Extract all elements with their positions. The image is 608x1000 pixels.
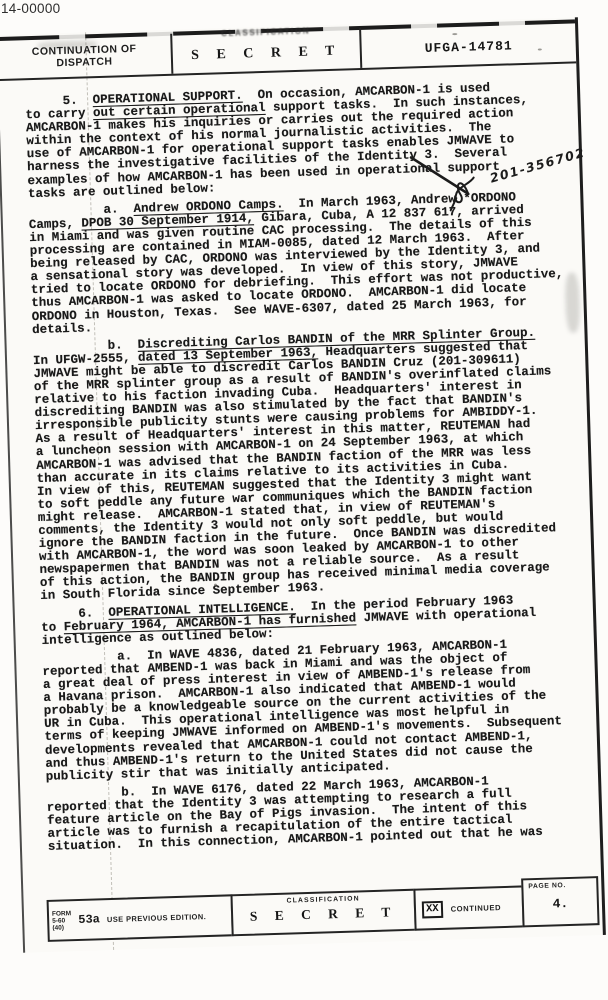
pen-scribble-icon (409, 153, 497, 216)
paragraph: b. Discrediting Carlos BANDIN of the MRR… (33, 325, 590, 604)
page-number: 4. (524, 895, 597, 912)
classification-label: CLASSIFICATION (172, 25, 359, 40)
form-code: FORM 5-60 (40) (52, 910, 72, 932)
continued-label: CONTINUED (450, 903, 501, 914)
footer-form-cell: FORM 5-60 (40) 53a USE PREVIOUS EDITION. (47, 894, 234, 942)
classification-stamp: S E C R E T (191, 44, 342, 65)
form-number: 53a (78, 912, 100, 927)
header-cell-classification: CLASSIFICATION S E C R E T (172, 28, 362, 74)
paragraph: b. In WAVE 6176, dated 22 March 1963, AM… (46, 772, 597, 854)
document-id: 14-00000 (1, 1, 60, 16)
continuation-line2: DISPATCH (56, 56, 112, 70)
header-cell-dispatch-number: UFGA-14781 (361, 21, 576, 68)
scan-speck (299, 90, 302, 93)
footer-page-cell: PAGE NO. 4. (521, 876, 599, 927)
paragraph: a. In WAVE 4836, dated 21 February 1963,… (42, 636, 595, 784)
footer-continued-cell: XX CONTINUED (413, 885, 524, 930)
continued-checkbox: XX (422, 900, 443, 918)
page-no-label: PAGE NO. (528, 882, 566, 890)
body-text: 5. OPERATIONAL SUPPORT. On occasion, AMC… (0, 61, 600, 860)
footer-classification-cell: CLASSIFICATION S E C R E T (230, 889, 416, 937)
dispatch-number: UFGA-14781 (424, 38, 512, 56)
dispatch-footer: FORM 5-60 (40) 53a USE PREVIOUS EDITION.… (47, 883, 600, 942)
footer-classification-stamp: S E C R E T (233, 904, 414, 926)
scanned-page: CONTINUATION OFDISPATCH CLASSIFICATION S… (0, 17, 606, 952)
paragraph: a. Andrew ORDONO Camps. In March 1963, A… (28, 189, 581, 337)
form-edition-note: USE PREVIOUS EDITION. (107, 912, 206, 924)
scan-speck (214, 584, 217, 587)
